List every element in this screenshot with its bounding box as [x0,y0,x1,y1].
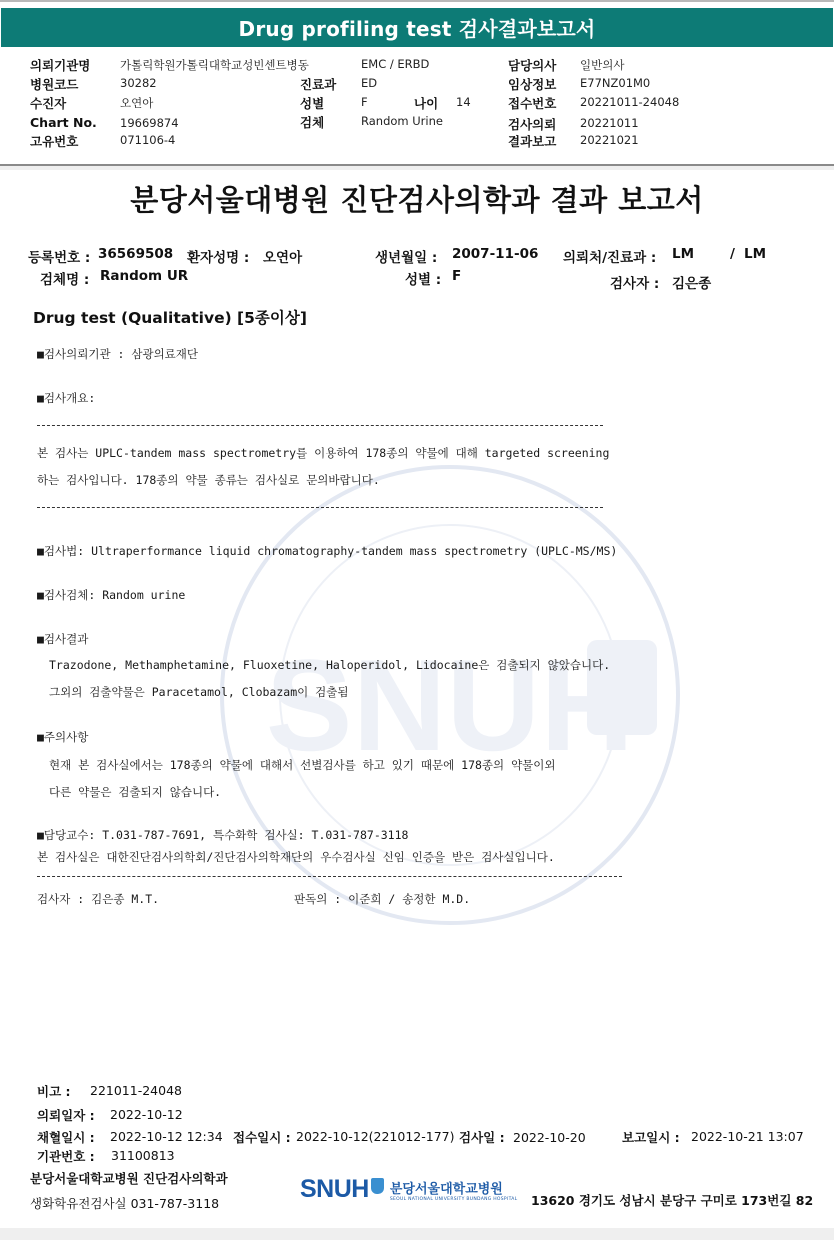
receipt-value: 2022-10-12(221012-177) [296,1129,454,1144]
caution-heading: ■주의사항 [37,729,88,745]
meta-label: 의뢰기관명 [30,56,90,74]
report-title: 분당서울대병원 진단검사의학과 결과 보고서 [0,178,834,219]
meta-label: Chart No. [30,115,97,130]
meta-value: 가톨릭학원가톨릭대학교성빈센트병동 [120,57,309,73]
meta-value: 19669874 [120,116,179,130]
result-line-1: Trazodone, Methamphetamine, Fluoxetine, … [49,657,610,673]
specimen-label: 검체명 : [40,268,89,288]
meta-label: 담당의사 [508,56,556,74]
reg-label: 등록번호 : [28,246,90,266]
address: 13620 경기도 성남시 분당구 구미로 173번길 82 [531,1191,813,1209]
test-date-label: 검사일 : [459,1128,505,1146]
top-border [0,0,834,2]
meta-label: 결과보고 [508,132,556,150]
dept-value: ED [361,76,377,90]
meta-label: 임상정보 [508,75,556,93]
collect-label: 채혈일시 : [37,1128,95,1146]
test-date-value: 2022-10-20 [513,1130,586,1145]
examiner-value: 김은종 [672,272,711,292]
receipt-label: 접수일시 : [233,1128,291,1146]
logo-english: SEOUL NATIONAL UNIVERSITY BUNDANG HOSPIT… [390,1197,518,1202]
dashed-divider [37,507,603,508]
result-heading: ■검사결과 [37,631,88,647]
snuh-logo: SNUH 분당서울대학교병원 SEOUL NATIONAL UNIVERSITY… [300,1175,517,1204]
method-line: ■검사법: Ultraperformance liquid chromatogr… [37,543,617,559]
certification-line: 본 검사실은 대한진단검사의학회/진단검사의학재단의 우수검사실 신임 인증을 … [37,849,555,865]
report-date-value: 2022-10-21 13:07 [691,1129,804,1144]
request-label: 의뢰일자 : [37,1106,95,1124]
request-value: 2022-10-12 [110,1107,183,1122]
caution-line-2: 다른 약물은 검출되지 않습니다. [49,784,221,800]
meta-value: 오연아 [120,95,153,111]
dob-value: 2007-11-06 [452,246,538,262]
sex-value: F [452,268,461,284]
banner-title: Drug profiling test 검사결과보고서 [239,13,596,42]
logo-text: SNUH [300,1175,369,1204]
result-line-2: 그외의 검출약물은 Paracetamol, Clobazam이 검출됨 [49,684,348,700]
sex-value: F [361,95,368,109]
examiner-label: 검사자 : [610,272,659,292]
contact-line: ■담당교수: T.031-787-7691, 특수화학 검사실: T.031-7… [37,827,408,843]
dashed-divider [37,876,622,877]
logo-shield-icon [371,1178,384,1194]
examiner-line: 검사자 : 김은종 M.T. [37,891,159,907]
collect-value: 2022-10-12 12:34 [110,1129,223,1144]
sex-label: 성별 : [405,268,441,288]
bottom-band [0,1228,834,1240]
specimen-value: Random Urine [361,114,443,128]
name-label: 환자성명 : [187,246,249,266]
overview-line-2: 하는 검사입니다. 178종의 약물 종류는 검사실로 문의바랍니다. [37,472,380,488]
lab-phone: 생화학유전검사실 031-787-3118 [30,1194,219,1212]
meta-value: 20221021 [580,133,639,147]
logo-korean: 분당서울대학교병원 [390,1178,518,1197]
reg-value: 36569508 [98,246,173,262]
meta-label: 고유번호 [30,132,78,150]
report-banner: Drug profiling test 검사결과보고서 [1,8,833,47]
dept-name: 분당서울대학교병원 진단검사의학과 [30,1169,228,1187]
caution-line-1: 현재 본 검사실에서는 178종의 약물에 대해서 선별검사를 하고 있기 때문… [49,757,556,773]
meta-label: 병원코드 [30,75,78,93]
inst-value: 31100813 [111,1148,175,1163]
note-value: 221011-24048 [90,1083,182,1098]
institution-line: ■검사의뢰기관 : 삼광의료재단 [37,346,198,362]
overview-line-1: 본 검사는 UPLC-tandem mass spectrometry를 이용하… [37,445,609,461]
meta-label: 접수번호 [508,94,556,112]
age-value: 14 [456,95,471,109]
name-value: 오연아 [263,246,302,266]
meta-value: 30282 [120,76,157,90]
meta-value: 20221011-24048 [580,95,679,109]
ward-value: EMC / ERBD [361,57,429,71]
overview-heading: ■검사개요: [37,390,95,406]
meta-label: 수진자 [30,94,66,112]
report-date-label: 보고일시 : [622,1128,680,1146]
note-label: 비고 : [37,1082,71,1100]
reader-line: 판독의 : 이준희 / 송정한 M.D. [294,891,470,907]
referral-separator: / [730,246,735,262]
specimen-line: ■검사검체: Random urine [37,587,185,603]
dept-label: 진료과 [300,75,336,93]
dept-value: LM [744,246,766,262]
inst-label: 기관번호 : [37,1147,95,1165]
dob-label: 생년월일 : [375,246,437,266]
meta-value: 071106-4 [120,133,175,147]
specimen-label: 검체 [300,113,324,131]
test-name: Drug test (Qualitative) [5종이상] [33,306,307,328]
specimen-value: Random UR [100,268,188,284]
age-label: 나이 [414,94,438,112]
meta-value: E77NZ01M0 [580,76,650,90]
section-divider-shade [0,166,834,170]
meta-label: 검사의뢰 [508,115,556,133]
sex-label: 성별 [300,94,324,112]
dashed-divider [37,425,603,426]
referral-value: LM [672,246,694,262]
meta-value: 20221011 [580,116,639,130]
referral-label: 의뢰처/진료과 : [563,246,656,266]
meta-value: 일반의사 [580,57,624,73]
